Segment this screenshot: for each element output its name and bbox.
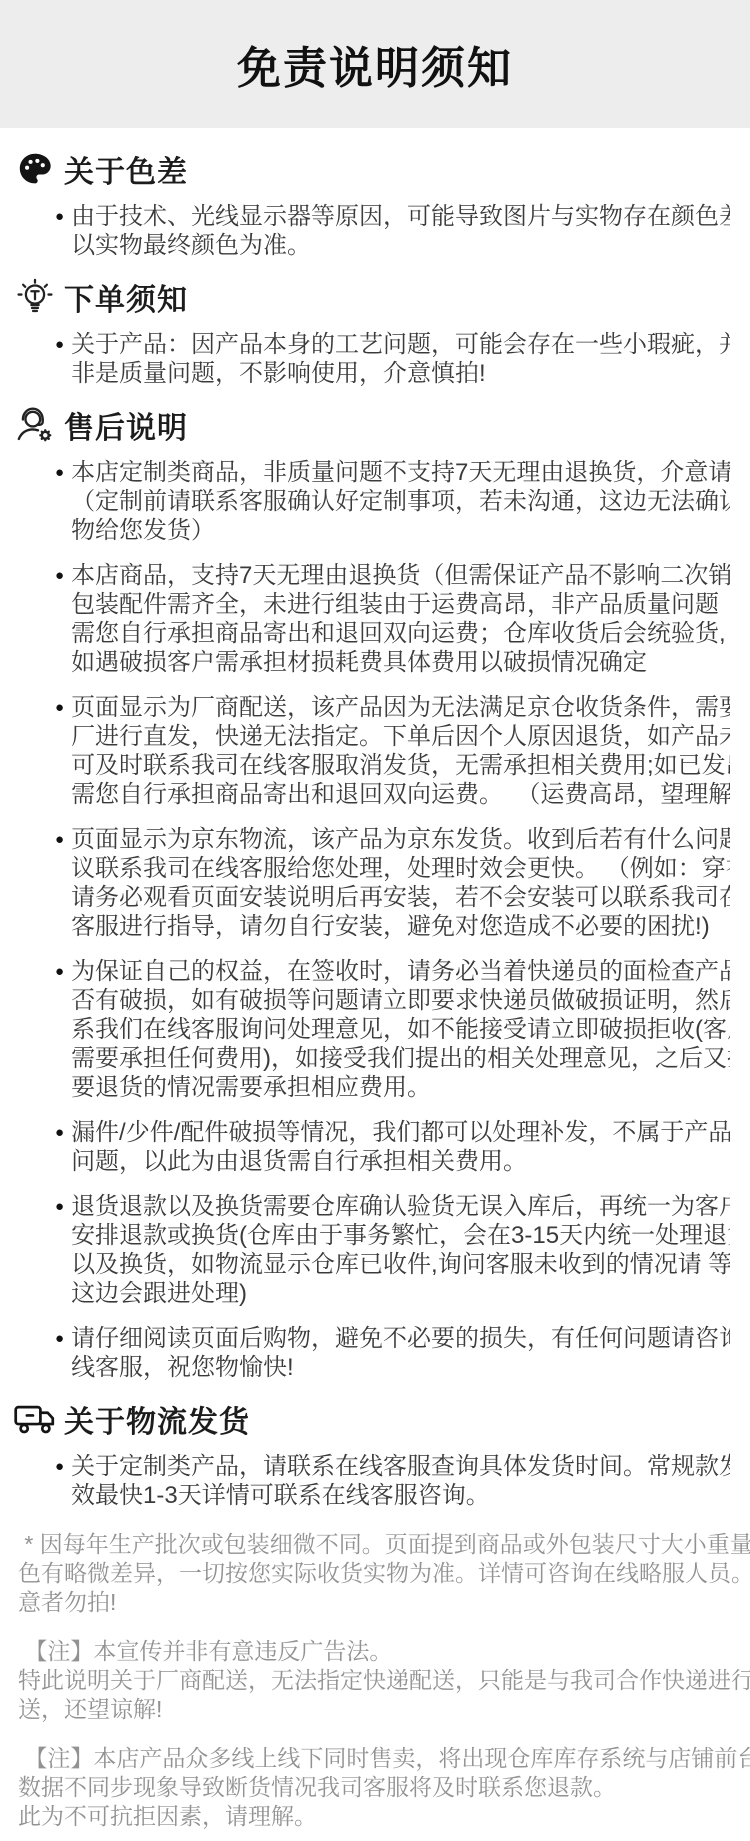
bullet-icon: ● xyxy=(55,330,64,359)
list-item: ● 本店商品，支持7天无理由退换货（但需保证产品不影响二次销售 包装配件需齐全，… xyxy=(0,561,750,677)
bullet-icon: ● xyxy=(55,1452,64,1481)
bullet-text: 本店商品，支持7天无理由退换货（但需保证产品不影响二次销售 包装配件需齐全，未进… xyxy=(71,561,730,677)
footnote-batch-difference: * 因每年生产批次或包装细微不同。页面提到商品或外包装尺寸大小重量颜 色有略微差… xyxy=(0,1530,750,1617)
bullet-icon: ● xyxy=(55,693,64,722)
bullet-icon: ● xyxy=(55,458,64,487)
footnote-stock-sync: 【注】本店产品众多线上线下同时售卖，将出现仓库库存系统与店铺前台 数据不同步现象… xyxy=(0,1744,750,1831)
bullet-text: 退货退款以及换货需要仓库确认验货无误入库后，再统一为客户 安排退款或换货(仓库由… xyxy=(71,1192,730,1308)
list-item: ● 由于技术、光线显示器等原因，可能导致图片与实物存在颜色差别 以实物最终颜色为… xyxy=(0,202,750,260)
section-after-sales: 售后说明 ● 本店定制类商品，非质量问题不支持7天无理由退换货，介意请慎 （定制… xyxy=(0,402,750,1382)
bullet-icon: ● xyxy=(55,825,64,854)
section-title: 关于色差 xyxy=(64,147,188,191)
page-banner: 免责说明须知 xyxy=(0,0,750,128)
bullet-text: 页面显示为厂商配送，该产品因为无法满足京仓收货条件，需要工 厂进行直发，快递无法… xyxy=(71,693,730,809)
bullet-text: 关于产品：因产品本身的工艺问题，可能会存在一些小瑕疵，并 非是质量问题，不影响使… xyxy=(71,330,730,388)
list-item: ● 本店定制类商品，非质量问题不支持7天无理由退换货，介意请慎 （定制前请联系客… xyxy=(0,458,750,545)
section-heading: 关于物流发货 xyxy=(0,1396,750,1442)
page-title: 免责说明须知 xyxy=(237,32,513,96)
bullet-icon: ● xyxy=(55,957,64,986)
footnotes: * 因每年生产批次或包装细微不同。页面提到商品或外包装尺寸大小重量颜 色有略微差… xyxy=(0,1530,750,1831)
section-heading: 下单须知 xyxy=(0,274,750,320)
footnote-ad-law: 【注】本宣传并非有意违反广告法。 特此说明关于厂商配送，无法指定快递配送，只能是… xyxy=(0,1637,750,1724)
bullet-icon: ● xyxy=(55,1192,64,1221)
bullet-text: 页面显示为京东物流，该产品为京东发货。收到后若有什么问题建 议联系我司在线客服给… xyxy=(71,825,730,941)
bullet-text: 关于定制类产品，请联系在线客服查询具体发货时间。常规款发货 效最快1-3天详情可… xyxy=(71,1452,730,1510)
list-item: ● 漏件/少件/配件破损等情况，我们都可以处理补发，不属于产品质量 问题，以此为… xyxy=(0,1118,750,1176)
bullet-icon: ● xyxy=(55,1324,64,1353)
list-item: ● 页面显示为厂商配送，该产品因为无法满足京仓收货条件，需要工 厂进行直发，快递… xyxy=(0,693,750,809)
section-color-difference: 关于色差 ● 由于技术、光线显示器等原因，可能导致图片与实物存在颜色差别 以实物… xyxy=(0,146,750,260)
bullet-text: 漏件/少件/配件破损等情况，我们都可以处理补发，不属于产品质量 问题，以此为由退… xyxy=(71,1118,730,1176)
section-heading: 售后说明 xyxy=(0,402,750,448)
palette-icon xyxy=(12,146,58,192)
bullet-text: 本店定制类商品，非质量问题不支持7天无理由退换货，介意请慎 （定制前请联系客服确… xyxy=(71,458,730,545)
bullet-text: 为保证自己的权益，在签收时，请务必当着快递员的面检查产品是 否有破损，如有破损等… xyxy=(71,957,730,1102)
section-title: 售后说明 xyxy=(64,403,188,447)
bullet-icon: ● xyxy=(55,1118,64,1147)
list-item: ● 页面显示为京东物流，该产品为京东发货。收到后若有什么问题建 议联系我司在线客… xyxy=(0,825,750,941)
bulb-idea-icon xyxy=(12,274,58,320)
section-title: 下单须知 xyxy=(64,275,188,319)
list-item: ● 请仔细阅读页面后购物，避免不必要的损失，有任何问题请咨询在 线客服，祝您物愉… xyxy=(0,1324,750,1382)
customer-service-gear-icon xyxy=(12,402,58,448)
list-item: ● 关于产品：因产品本身的工艺问题，可能会存在一些小瑕疵，并 非是质量问题，不影… xyxy=(0,330,750,388)
delivery-truck-icon xyxy=(12,1396,58,1442)
bullet-icon: ● xyxy=(55,561,64,590)
section-title: 关于物流发货 xyxy=(64,1397,250,1441)
section-order-notice: 下单须知 ● 关于产品：因产品本身的工艺问题，可能会存在一些小瑕疵，并 非是质量… xyxy=(0,274,750,388)
section-heading: 关于色差 xyxy=(0,146,750,192)
bullet-icon: ● xyxy=(55,202,64,231)
bullet-text: 由于技术、光线显示器等原因，可能导致图片与实物存在颜色差别 以实物最终颜色为准。 xyxy=(71,202,730,260)
section-logistics: 关于物流发货 ● 关于定制类产品，请联系在线客服查询具体发货时间。常规款发货 效… xyxy=(0,1396,750,1510)
list-item: ● 退货退款以及换货需要仓库确认验货无误入库后，再统一为客户 安排退款或换货(仓… xyxy=(0,1192,750,1308)
list-item: ● 关于定制类产品，请联系在线客服查询具体发货时间。常规款发货 效最快1-3天详… xyxy=(0,1452,750,1510)
list-item: ● 为保证自己的权益，在签收时，请务必当着快递员的面检查产品是 否有破损，如有破… xyxy=(0,957,750,1102)
bullet-text: 请仔细阅读页面后购物，避免不必要的损失，有任何问题请咨询在 线客服，祝您物愉快! xyxy=(71,1324,730,1382)
